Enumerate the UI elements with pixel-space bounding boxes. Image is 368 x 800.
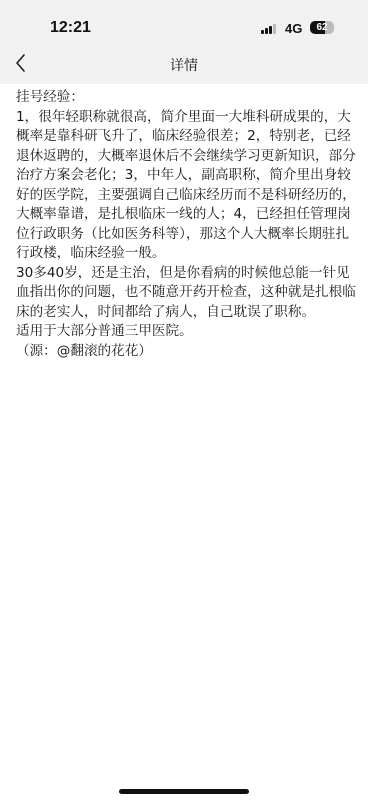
signal-icon — [261, 24, 277, 34]
status-time: 12:21 — [50, 19, 91, 37]
article-paragraph: 30多40岁，还是主治，但是你看病的时候他总能一针见血指出你的问题，也不随意开药… — [16, 264, 356, 323]
network-type: 4G — [285, 21, 302, 36]
article-paragraph: 1，很年轻职称就很高，简介里面一大堆科研成果的，大概率是靠科研飞升了，临床经验很… — [16, 108, 356, 264]
page-title: 详情 — [0, 55, 368, 75]
article-paragraph: 适用于大部分普通三甲医院。 — [16, 322, 356, 342]
status-bar: 12:21 4G 62 — [0, 0, 368, 44]
article-source: （源：@翻滚的花花） — [16, 342, 356, 362]
battery-icon: 62 — [310, 21, 334, 34]
nav-bar: 详情 — [0, 44, 368, 84]
battery-level: 62 — [310, 21, 334, 34]
header-area: 12:21 4G 62 详情 — [0, 0, 368, 84]
article-heading: 挂号经验： — [16, 88, 356, 108]
article-body: 挂号经验： 1，很年轻职称就很高，简介里面一大堆科研成果的，大概率是靠科研飞升了… — [16, 88, 356, 361]
home-indicator[interactable] — [119, 789, 249, 794]
